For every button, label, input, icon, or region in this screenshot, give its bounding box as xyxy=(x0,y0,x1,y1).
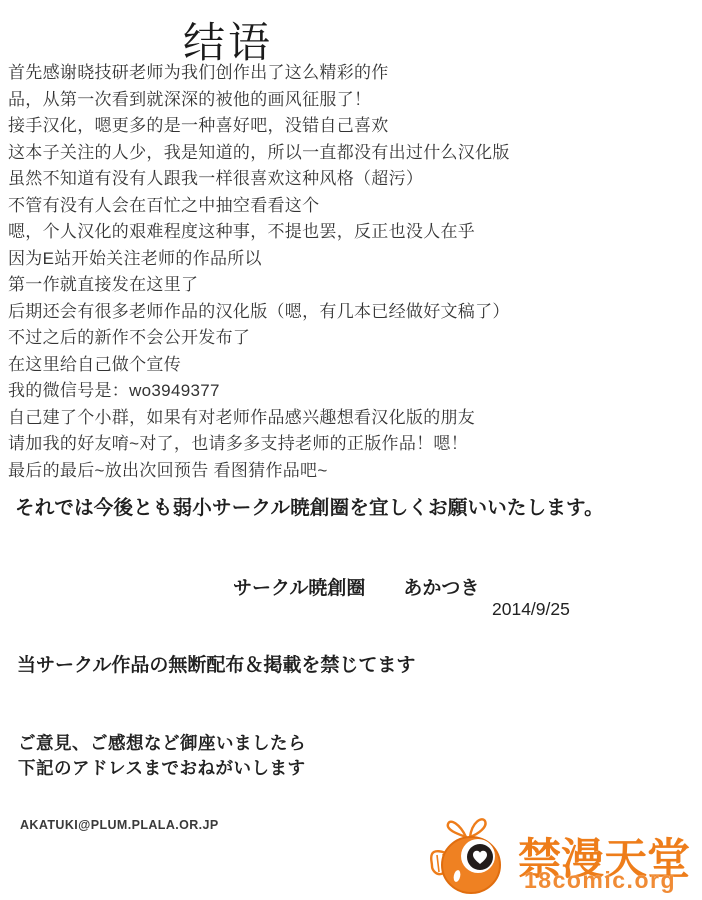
afterword-line: 首先感谢晓技研老师为我们创作出了这么精彩的作 xyxy=(8,60,668,87)
afterword-line: 第一作就直接发在这里了 xyxy=(8,272,668,299)
contact-email: AKATUKI@PLUM.PLALA.OR.JP xyxy=(20,818,219,832)
afterword-line: 嗯，个人汉化的艰难程度这种事，不提也罢，反正也没人在乎 xyxy=(8,219,668,246)
afterword-line: 虽然不知道有没有人跟我一样很喜欢这种风格（超污） xyxy=(8,166,668,193)
afterword-line: 在这里给自己做个宣传 xyxy=(8,352,668,379)
afterword-page: 结语 首先感谢晓技研老师为我们创作出了这么精彩的作 品，从第一次看到就深深的被他… xyxy=(0,0,702,900)
feedback-note: ご意見、ご感想など御座いましたら 下記のアドレスまでおねがいします xyxy=(18,731,306,780)
closing-greeting-jp: それでは今後とも弱小サークル暁創圈を宜しくお願いいたします。 xyxy=(15,492,604,520)
afterword-line: 因为E站开始关注老师的作品所以 xyxy=(8,246,668,273)
afterword-text: 首先感谢晓技研老师为我们创作出了这么精彩的作 品，从第一次看到就深深的被他的画风… xyxy=(8,60,668,484)
afterword-line: 自己建了个小群，如果有对老师作品感兴趣想看汉化版的朋友 xyxy=(8,405,668,432)
afterword-line: 接手汉化，嗯更多的是一种喜好吧，没错自己喜欢 xyxy=(8,113,668,140)
publication-date: 2014/9/25 xyxy=(492,599,570,620)
afterword-line: 不管有没有人会在百忙之中抽空看看这个 xyxy=(8,193,668,220)
feedback-line-1: ご意見、ご感想など御座いましたら xyxy=(18,731,306,756)
afterword-line: 后期还会有很多老师作品的汉化版（嗯，有几本已经做好文稿了） xyxy=(8,299,668,326)
afterword-line: 品，从第一次看到就深深的被他的画风征服了！ xyxy=(8,87,668,114)
afterword-line: 最后的最后~放出次回预告 看图猜作品吧~ xyxy=(8,458,668,485)
site-watermark: 禁漫天堂 18comic.org xyxy=(430,812,696,898)
feedback-line-2: 下記のアドレスまでおねがいします xyxy=(18,756,306,781)
watermark-url-text: 18comic.org xyxy=(524,867,676,894)
afterword-line: 不过之后的新作不会公开发布了 xyxy=(8,325,668,352)
circle-credit: サークル暁創圈 あかつき xyxy=(233,573,479,600)
afterword-line: 我的微信号是：wo3949377 xyxy=(8,378,668,405)
afterword-line: 请加我的好友唷~对了，也请多多支持老师的正版作品！嗯！ xyxy=(8,431,668,458)
copyright-notice: 当サークル作品の無断配布＆掲載を禁じてます xyxy=(17,650,415,677)
fish-mascot-icon xyxy=(430,812,506,900)
afterword-line: 这本子关注的人少，我是知道的，所以一直都没有出过什么汉化版 xyxy=(8,140,668,167)
